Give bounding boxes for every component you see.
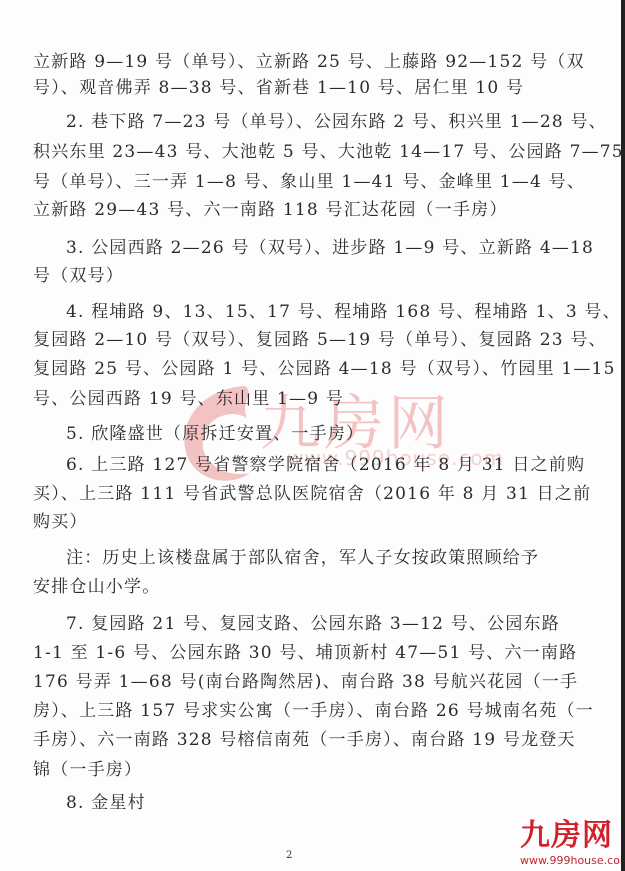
text-line: 号（单号）、三一弄 1—8 号、象山里 1—41 号、金峰里 1—4 号、: [33, 172, 585, 192]
text-line: 7. 复园路 21 号、复园支路、公园东路 3—12 号、公园东路: [66, 614, 560, 634]
text-line: 立新路 29—43 号、六一南路 118 号汇达花园（一手房）: [33, 200, 508, 220]
text-line: 买）、上三路 111 号省武警总队医院宿舍（2016 年 8 月 31 日之前: [33, 484, 591, 504]
brand-logo: 九房网 www.999house.com: [520, 820, 620, 870]
text-line: 复园路 25 号、公园路 1 号、公园路 4—18 号（双号）、竹园里 1—15: [33, 359, 616, 379]
text-line: 手房）、六一南路 328 号榕信南苑（一手房）、南台路 19 号龙登天: [33, 730, 576, 750]
page-number: 2: [286, 850, 292, 861]
text-line: 号（双号）: [33, 266, 124, 286]
text-line: 3. 公园西路 2—26 号（双号）、进步路 1—9 号、立新路 4—18: [66, 238, 594, 258]
logo-brand: 九房网: [520, 820, 613, 852]
text-line: 8. 金星村: [66, 793, 146, 813]
text-line: 锦（一手房）: [33, 760, 142, 780]
text-line: 号、公园西路 19 号、东山里 1—9 号: [33, 389, 344, 409]
text-line: 安排仓山小学。: [33, 577, 160, 597]
text-line: 号）、观音佛弄 8—38 号、省新巷 1—10 号、居仁里 10 号: [33, 78, 524, 98]
logo-url: www.999house.com: [520, 854, 625, 867]
text-line: 5. 欣隆盛世（原拆迁安置、一手房）: [66, 424, 364, 444]
text-line: 积兴东里 23—43 号、大池乾 5 号、大池乾 14—17 号、公园路 7—7…: [33, 142, 624, 162]
text-line: 复园路 2—10 号（双号）、复园路 5—19 号（单号）、复园路 23 号、: [33, 330, 607, 350]
text-line: 1-1 至 1-6 号、公园东路 30 号、埔顶新村 47—51 号、六一南路: [33, 643, 577, 663]
text-line: 房）、上三路 157 号求实公寓（一手房）、南台路 26 号城南名苑（一: [33, 701, 594, 721]
text-line: 6. 上三路 127 号省警察学院宿舍（2016 年 8 月 31 日之前购: [66, 455, 585, 475]
text-line: 购买）: [33, 512, 88, 532]
text-line: 2. 巷下路 7—23 号（单号）、公园东路 2 号、积兴里 1—28 号、: [66, 112, 607, 132]
text-line: 4. 程埔路 9、13、15、17 号、程埔路 168 号、程埔路 1、3 号、: [66, 302, 621, 322]
text-line: 立新路 9—19 号（单号）、立新路 25 号、上藤路 92—152 号（双: [33, 52, 585, 72]
text-line: 176 号弄 1—68 号(南台路陶然居)、南台路 38 号航兴花园（一手: [33, 672, 578, 692]
document-page: 九房网 www.999house.com 立新路 9—19 号（单号）、立新路 …: [0, 0, 621, 871]
page-edge-border: [621, 0, 625, 871]
text-line: 注：历史上该楼盘属于部队宿舍，军人子女按政策照顾给予: [66, 548, 539, 568]
